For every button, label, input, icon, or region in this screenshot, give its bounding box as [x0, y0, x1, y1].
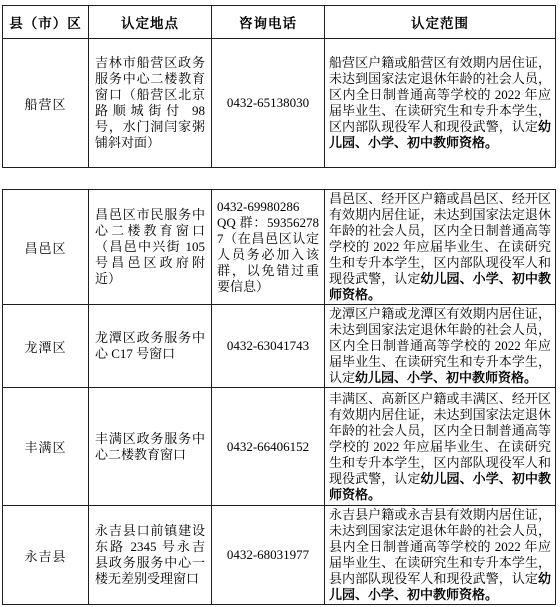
table-header-row: 县（市）区 认定地点 咨询电话 认定范围: [3, 6, 556, 39]
scope-bold-text: 幼儿园、小学、初中教师资格。: [355, 370, 537, 385]
phone-cell: 0432-66406152: [212, 388, 325, 506]
location-cell: 丰满区政务服务中心二楼教育窗口: [89, 388, 212, 506]
scope-cell: 龙潭区户籍或龙潭区有效期内居住证，未达到国家法定退休年龄的社会人员，区内全日制普…: [325, 305, 556, 388]
location-cell: 龙潭区政务服务中心 C17 号窗口: [89, 305, 212, 388]
scope-cell: 昌邑区、经开区户籍或昌邑区、经开区有效期内居住证，未达到国家法定退休年龄的社会人…: [325, 190, 556, 305]
certification-table-bottom: 昌邑区 昌邑区市民服务中心二楼教育窗口（昌邑中兴街 105 号昌邑区政府附近） …: [2, 189, 556, 605]
district-cell: 船营区: [3, 39, 89, 168]
certification-locations-page: 县（市）区 认定地点 咨询电话 认定范围 船营区 吉林市船营区政务服务中心二楼教…: [0, 0, 560, 605]
table-row-chuanying: 船营区 吉林市船营区政务服务中心二楼教育窗口（船营区北京路顺城街付 98 号，水…: [3, 39, 556, 168]
phone-cell: 0432-69980286 QQ 群：593562787（在昌邑区认定人员务必加…: [212, 190, 325, 305]
header-scope: 认定范围: [325, 6, 556, 39]
district-cell: 龙潭区: [3, 305, 89, 388]
table-row-changyi: 昌邑区 昌邑区市民服务中心二楼教育窗口（昌邑中兴街 105 号昌邑区政府附近） …: [3, 190, 556, 305]
scope-cell: 永吉县户籍或永吉县有效期内居住证，未达到国家法定退休年龄的社会人员，县内全日制普…: [325, 506, 556, 605]
phone-cell: 0432-63041743: [212, 305, 325, 388]
table-row-longtan: 龙潭区 龙潭区政务服务中心 C17 号窗口 0432-63041743 龙潭区户…: [3, 305, 556, 388]
phone-cell: 0432-65138030: [212, 39, 325, 168]
header-phone: 咨询电话: [212, 6, 325, 39]
scope-cell: 丰满区、高新区户籍或丰满区、经开区有效期内居住证，未达到国家法定退休年龄的社会人…: [325, 388, 556, 506]
certification-table-top: 县（市）区 认定地点 咨询电话 认定范围 船营区 吉林市船营区政务服务中心二楼教…: [2, 5, 556, 168]
scope-text: 永吉县户籍或永吉县有效期内居住证，未达到国家法定退休年龄的社会人员，县内全日制普…: [329, 507, 551, 586]
district-cell: 丰满区: [3, 388, 89, 506]
header-location: 认定地点: [89, 6, 212, 39]
district-cell: 昌邑区: [3, 190, 89, 305]
scope-cell: 船营区户籍或船营区有效期内居住证，未达到国家法定退休年龄的社会人员，区内全日制普…: [325, 39, 556, 168]
location-cell: 吉林市船营区政务服务中心二楼教育窗口（船营区北京路顺城街付 98 号，水门洞闫家…: [89, 39, 212, 168]
table-section-gap: [2, 168, 560, 189]
scope-text: 船营区户籍或船营区有效期内居住证，未达到国家法定退休年龄的社会人员，区内全日制普…: [329, 55, 551, 134]
location-cell: 永吉县口前镇建设东路 2345 号永吉县政务服务中心一楼无差别受理窗口: [89, 506, 212, 605]
table-row-fengman: 丰满区 丰满区政务服务中心二楼教育窗口 0432-66406152 丰满区、高新…: [3, 388, 556, 506]
table-row-yongji: 永吉县 永吉县口前镇建设东路 2345 号永吉县政务服务中心一楼无差别受理窗口 …: [3, 506, 556, 605]
location-cell: 昌邑区市民服务中心二楼教育窗口（昌邑中兴街 105 号昌邑区政府附近）: [89, 190, 212, 305]
district-cell: 永吉县: [3, 506, 89, 605]
header-district: 县（市）区: [3, 6, 89, 39]
phone-cell: 0432-68031977: [212, 506, 325, 605]
